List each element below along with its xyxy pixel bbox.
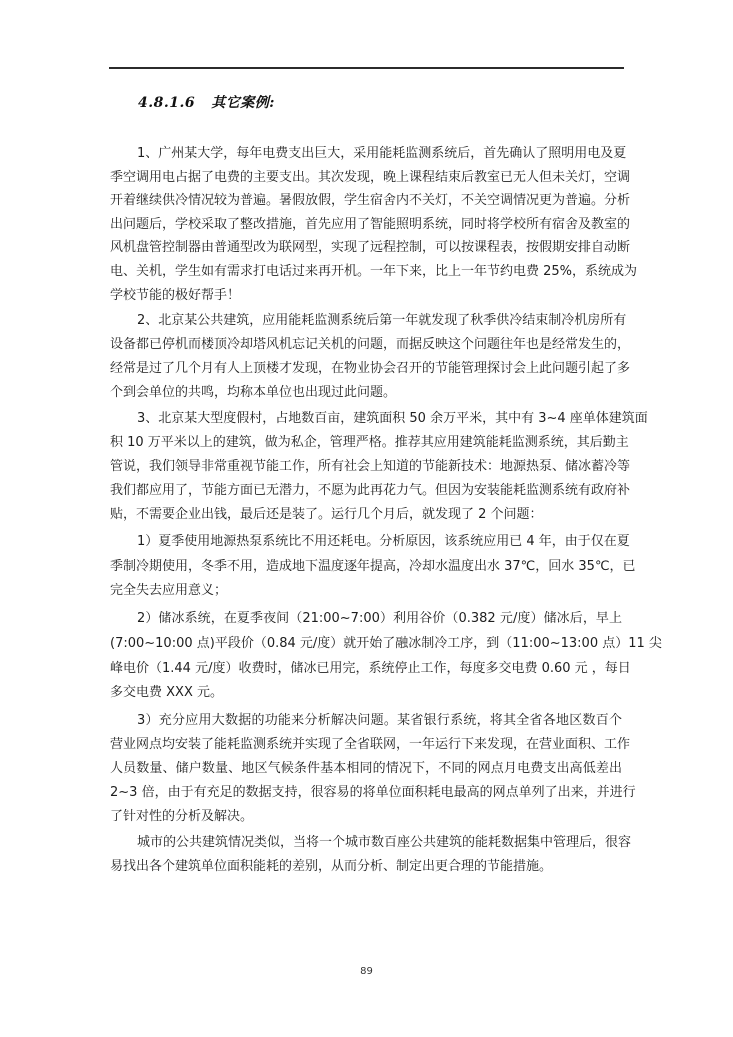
text-line: 峰电价（1.44 元/度）收费时，储冰已用完，系统停止工作，每度多交电费 0.6…	[110, 660, 622, 678]
text-line: 2）储冰系统，在夏季夜间（21:00~7:00）利用谷价（0.382 元/度）储…	[137, 610, 622, 628]
text-line: (7:00~10:00 点)平段价（0.84 元/度）就开始了融冰制冷工序，到（…	[110, 635, 622, 653]
header-rule	[109, 67, 624, 69]
text-line: 完全失去应用意义；	[110, 582, 622, 600]
text-line: 经常是过了几个月有人上顶楼才发现，在物业协会召开的节能管理探讨会上此问题引起了多	[110, 360, 622, 378]
page-number: 89	[0, 966, 733, 977]
text-line: 开着继续供冷情况较为普遍。暑假放假，学生宿舍内不关灯，不关空调情况更为普遍。分析	[110, 192, 622, 210]
section-heading: 4.8.1.6 其它案例:	[138, 92, 275, 112]
text-line: 2、北京某公共建筑，应用能耗监测系统后第一年就发现了秋季供冷结束制冷机房所有	[137, 312, 622, 330]
text-line: 积 10 万平米以上的建筑，做为私企，管理严格。推荐其应用建筑能耗监测系统，其后…	[110, 434, 622, 452]
text-line: 季制冷期使用，冬季不用，造成地下温度逐年提高，冷却水温度出水 37℃，回水 35…	[110, 558, 622, 576]
text-line: 多交电费 XXX 元。	[110, 684, 622, 702]
text-line: 1）夏季使用地源热泵系统比不用还耗电。分析原因，该系统应用已 4 年，由于仅在夏	[137, 533, 622, 551]
text-line: 3）充分应用大数据的功能来分析解决问题。某省银行系统，将其全省各地区数百个	[137, 712, 622, 730]
text-line: 风机盘管控制器由普通型改为联网型，实现了远程控制，可以按课程表，按假期安排自动断	[110, 239, 622, 257]
text-line: 电、关机，学生如有需求打电话过来再开机。一年下来，比上一年节约电费 25%，系统…	[110, 263, 622, 281]
text-line: 设备都已停机而楼顶冷却塔风机忘记关机的问题，而据反映这个问题往年也是经常发生的，	[110, 336, 622, 354]
text-line: 易找出各个建筑单位面积能耗的差别，从而分析、制定出更合理的节能措施。	[110, 858, 622, 876]
text-line: 2~3 倍，由于有充足的数据支持，很容易的将单位面积耗电最高的网点单列了出来，并…	[110, 784, 622, 802]
text-line: 我们都应用了，节能方面已无潜力，不愿为此再花力气。但因为安装能耗监测系统有政府补	[110, 482, 622, 500]
text-line: 了针对性的分析及解决。	[110, 808, 622, 826]
text-line: 3、北京某大型度假村，占地数百亩，建筑面积 50 余万平米，其中有 3~4 座单…	[137, 410, 622, 428]
text-line: 人员数量、储户数量、地区气候条件基本相同的情况下，不同的网点月电费支出高低差出	[110, 760, 622, 778]
text-line: 个到会单位的共鸣，均称本单位也出现过此问题。	[110, 384, 622, 402]
text-line: 1、广州某大学，每年电费支出巨大，采用能耗监测系统后，首先确认了照明用电及夏	[137, 145, 622, 163]
text-line: 出问题后，学校采取了整改措施，首先应用了智能照明系统，同时将学校所有宿舍及教室的	[110, 216, 622, 234]
text-line: 管说，我们领导非常重视节能工作，所有社会上知道的节能新技术：地源热泵、储冰蓄冷等	[110, 458, 622, 476]
text-line: 季空调用电占据了电费的主要支出。其次发现，晚上课程结束后教室已无人但未关灯，空调	[110, 169, 622, 187]
text-line: 学校节能的极好帮手！	[110, 287, 622, 305]
text-line: 城市的公共建筑情况类似，当将一个城市数百座公共建筑的能耗数据集中管理后，很容	[137, 834, 622, 852]
text-line: 营业网点均安装了能耗监测系统并实现了全省联网，一年运行下来发现，在营业面积、工作	[110, 736, 622, 754]
text-line: 贴，不需要企业出钱，最后还是装了。运行几个月后，就发现了 2 个问题：	[110, 506, 622, 524]
